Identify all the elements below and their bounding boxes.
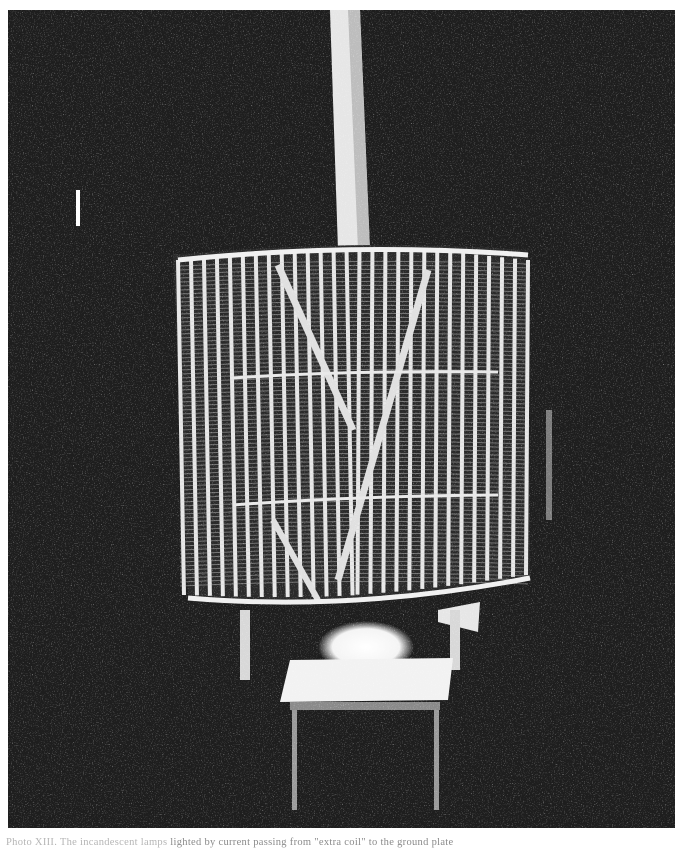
photograph bbox=[8, 10, 675, 828]
caption-prefix: Photo XIII. The incandescent lamps bbox=[6, 837, 167, 848]
coil-scene bbox=[8, 10, 675, 828]
caption-text: lighted by current passing from "extra c… bbox=[170, 837, 453, 848]
figure-caption: Photo XIII. The incandescent lamps light… bbox=[6, 836, 686, 850]
